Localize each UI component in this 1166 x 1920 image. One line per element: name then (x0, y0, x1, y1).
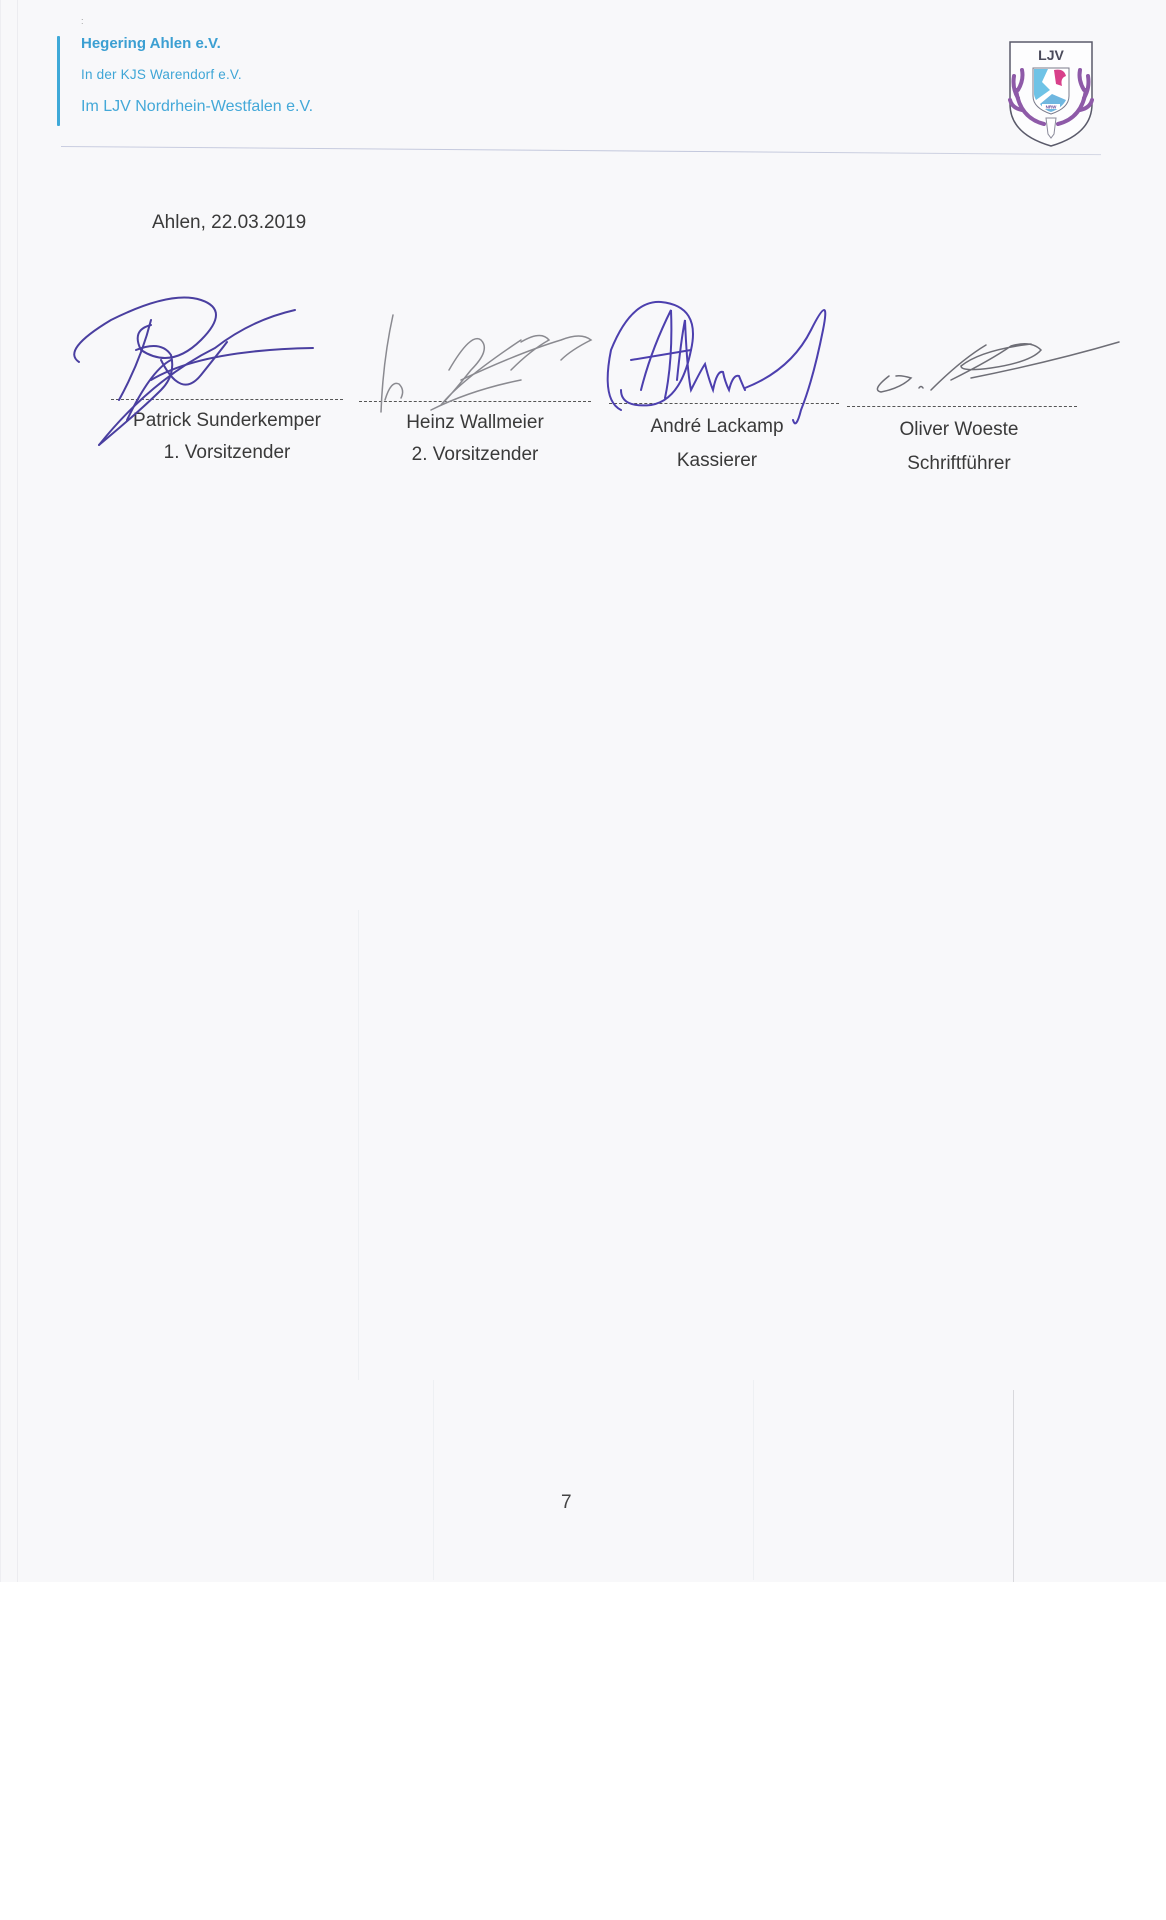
signatory-role: Schriftführer (843, 453, 1075, 475)
scan-artifact (358, 910, 359, 1380)
letterhead-divider (61, 146, 1101, 155)
signatory-3: André Lackamp Kassierer (601, 416, 833, 472)
signatory-name: Patrick Sunderkemper (111, 410, 343, 432)
signatory-role: 2. Vorsitzender (359, 444, 591, 466)
signatory-role: Kassierer (601, 450, 833, 472)
organization-name: Hegering Ahlen e.V. (81, 35, 221, 52)
svg-text:NRW: NRW (1046, 105, 1057, 110)
signature-line-1 (111, 399, 343, 400)
organization-state-association: Im LJV Nordrhein-Westfalen e.V. (81, 98, 313, 116)
signature-lackamp-icon (608, 302, 826, 423)
scan-artifact (433, 1380, 434, 1580)
signature-line-4 (847, 406, 1077, 407)
scan-mark: : (81, 16, 84, 26)
signatory-1: Patrick Sunderkemper 1. Vorsitzender (111, 410, 343, 464)
signatory-name: Heinz Wallmeier (359, 412, 591, 434)
scan-artifact (753, 1380, 754, 1580)
signatory-role: 1. Vorsitzender (111, 442, 343, 464)
signature-line-3 (609, 403, 839, 404)
svg-text:LJV: LJV (1038, 47, 1064, 63)
signatory-name: André Lackamp (601, 416, 833, 438)
scan-artifact-line (1013, 1390, 1014, 1582)
organization-district: In der KJS Warendorf e.V. (81, 67, 242, 82)
signatory-name: Oliver Woeste (843, 419, 1075, 441)
place-and-date: Ahlen, 22.03.2019 (152, 212, 306, 234)
signature-wallmeier-icon (381, 315, 591, 412)
page-number: 7 (561, 1492, 572, 1514)
letterhead-accent-bar (57, 36, 60, 126)
signature-line-2 (359, 401, 591, 402)
signatory-4: Oliver Woeste Schriftführer (843, 419, 1075, 475)
signatory-2: Heinz Wallmeier 2. Vorsitzender (359, 412, 591, 466)
scan-edge (17, 0, 18, 1582)
ljv-antler-logo-icon: LJV NRW (1006, 38, 1096, 148)
scanned-page: : Hegering Ahlen e.V. In der KJS Warendo… (0, 0, 1166, 1582)
signature-woeste-icon (877, 342, 1119, 392)
